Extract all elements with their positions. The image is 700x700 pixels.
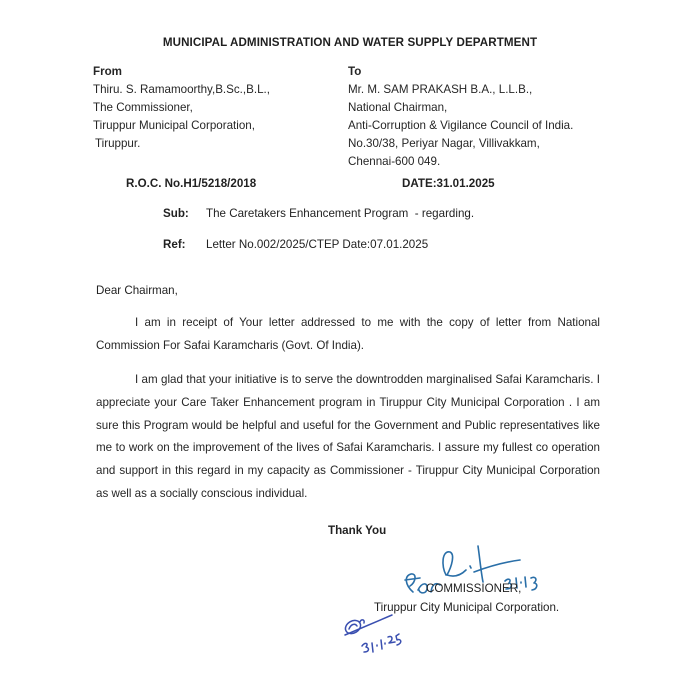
letter-page: MUNICIPAL ADMINISTRATION AND WATER SUPPL… (0, 0, 700, 700)
signatory-organization: Tiruppur City Municipal Corporation. (374, 601, 559, 614)
received-mark-icon (343, 615, 401, 652)
signatory-title: COMMISSIONER, (426, 582, 521, 595)
handwritten-signature-icon (0, 0, 700, 700)
